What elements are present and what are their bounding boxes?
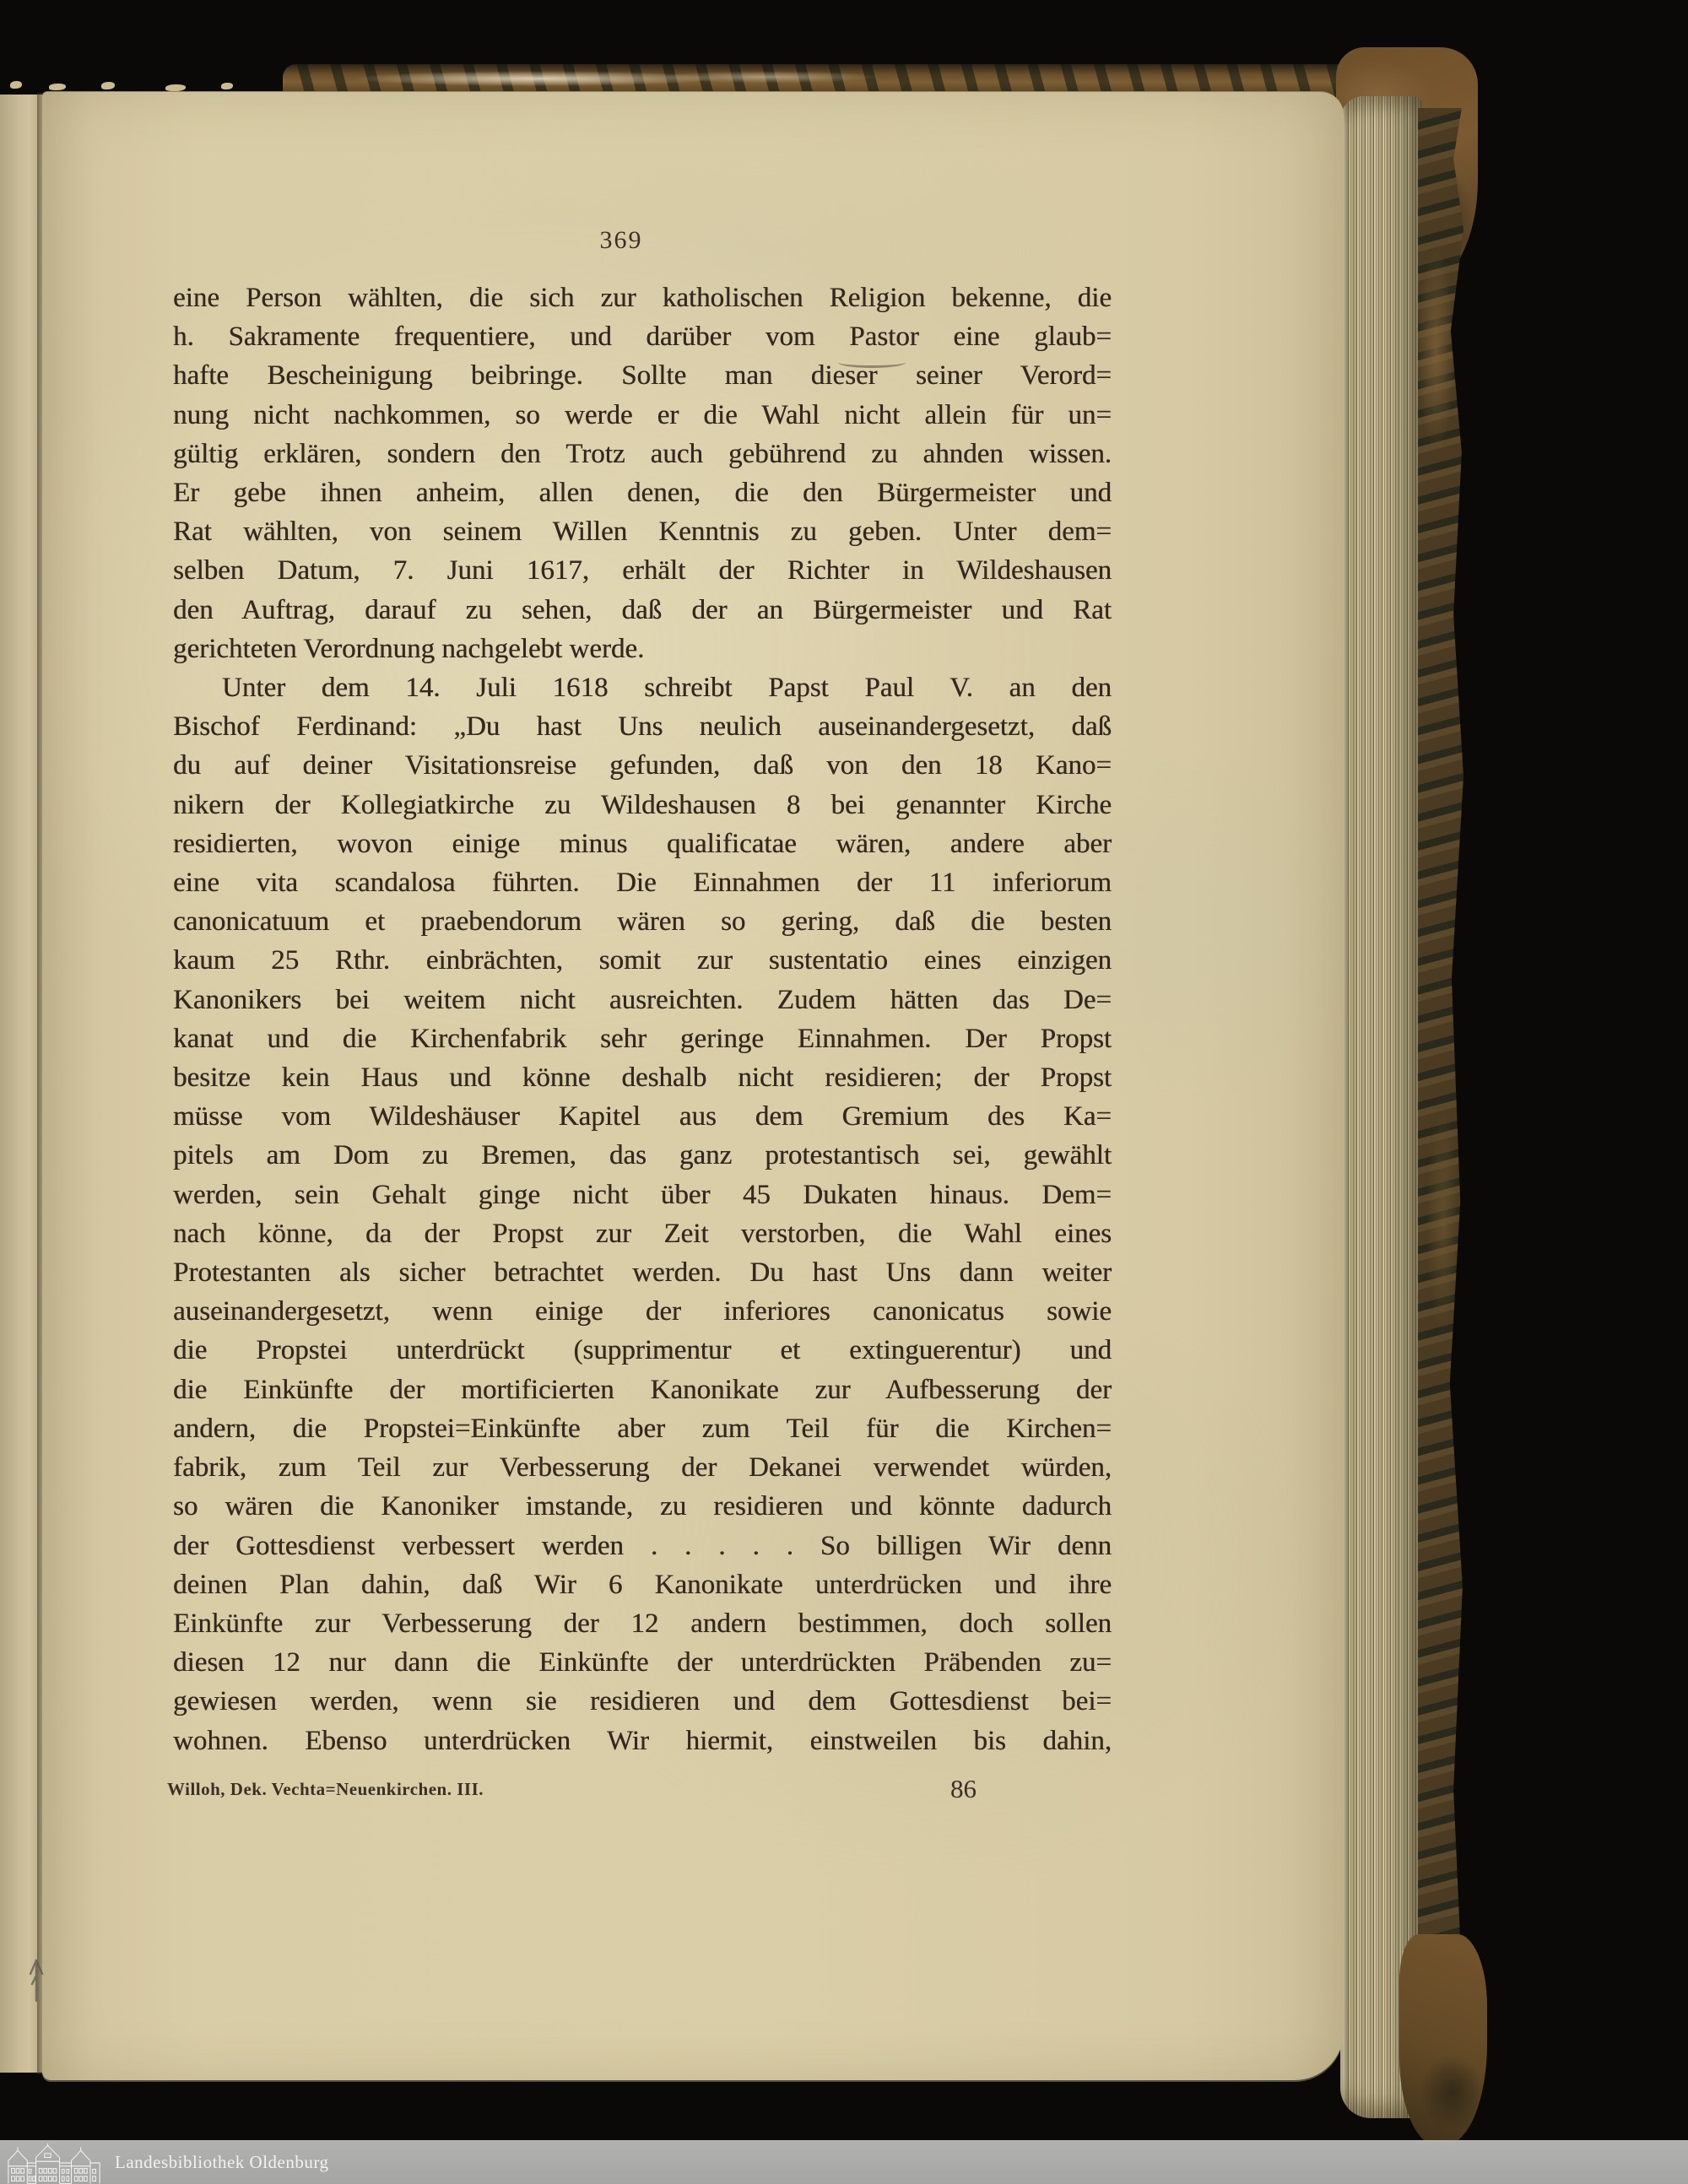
text-line: gewiesen werden, wenn sie residieren und… [173,1682,1112,1721]
pencil-underline-pastor [838,357,906,368]
text-line: diesen 12 nur dann die Einkünfte der unt… [173,1643,1112,1682]
text-line: Einkünfte zur Verbesserung der 12 andern… [173,1604,1112,1643]
text-line: besitze kein Haus und könne deshalb nich… [173,1058,1112,1097]
paper-fragment [101,82,115,89]
text-line: auseinandergesetzt, wenn einige der infe… [173,1292,1112,1331]
text-line: müsse vom Wildeshäuser Kapitel aus dem G… [173,1097,1112,1136]
text-line: nung nicht nachkommen, so werde er die W… [173,396,1112,435]
book-cover-edge-right [1418,108,1463,2133]
text-line: so wären die Kanoniker imstande, zu resi… [173,1487,1112,1526]
paper-fragment [221,83,233,89]
book-cover-corner-bottom [1399,1934,1487,2145]
facing-page-sliver [0,95,42,2073]
text-line: h. Sakramente frequentiere, und darüber … [173,317,1112,356]
text-line: Er gebe ihnen anheim, allen denen, die d… [173,473,1112,512]
text-line: werden, sein Gehalt ginge nicht über 45 … [173,1176,1112,1214]
paper-fragment [10,81,22,89]
text-line: du auf deiner Visitationsreise gefunden,… [173,746,1112,785]
text-line: gültig erklären, sondern den Trotz auch … [173,435,1112,473]
sheet-number: 86 [950,1774,977,1804]
book-scan-viewer: 369 eine Person wählten, die sich zur ka… [0,0,1688,2184]
text-line: eine Person wählten, die sich zur kathol… [173,278,1112,317]
pencil-arrow-icon [24,1954,49,2003]
text-line: Rat wählten, von seinem Willen Kenntnis … [173,512,1112,551]
text-line: deinen Plan dahin, daß Wir 6 Kanonikate … [173,1565,1112,1604]
text-line: die Propstei unterdrückt (supprimentur e… [173,1331,1112,1370]
text-line: nikern der Kollegiatkirche zu Wildeshaus… [173,786,1112,824]
text-line: gerichteten Verordnung nachgelebt werde. [173,630,1112,668]
text-line: fabrik, zum Teil zur Verbesserung der De… [173,1448,1112,1487]
text-line: Bischof Ferdinand: „Du hast Uns neulich … [173,707,1112,746]
text-line: Protestanten als sicher betrachtet werde… [173,1253,1112,1292]
text-line: nach könne, da der Propst zur Zeit verst… [173,1214,1112,1253]
library-building-icon [7,2143,101,2184]
text-line: den Auftrag, darauf zu sehen, daß der an… [173,591,1112,630]
body-text: eine Person wählten, die sich zur kathol… [173,278,1112,1760]
viewer-bar-label: Landesbibliothek Oldenburg [115,2152,329,2173]
text-line: Kanonikers bei weitem nicht ausreichten.… [173,981,1112,1019]
text-line: die Einkünfte der mortificierten Kanonik… [173,1370,1112,1409]
text-line: wohnen. Ebenso unterdrücken Wir hiermit,… [173,1722,1112,1760]
text-line: der Gottesdienst verbessert werden . . .… [173,1527,1112,1565]
text-line: kaum 25 Rthr. einbrächten, somit zur sus… [173,941,1112,980]
text-line: eine vita scandalosa führten. Die Einnah… [173,863,1112,902]
paper-fragment [49,84,66,90]
page-number: 369 [591,226,652,255]
text-line: hafte Bescheinigung beibringe. Sollte ma… [173,356,1112,395]
text-line: selben Datum, 7. Juni 1617, erhält der R… [173,551,1112,590]
text-line: canonicatuum et praebendorum wären so ge… [173,902,1112,941]
footer-signature: Willoh, Dek. Vechta=Neuenkirchen. III. [167,1779,484,1800]
book-fore-edge-pages [1340,96,1422,2118]
text-line: residierten, wovon einige minus qualific… [173,824,1112,863]
text-line: andern, die Propstei=Einkünfte aber zum … [173,1409,1112,1448]
text-line: Unter dem 14. Juli 1618 schreibt Papst P… [173,668,1112,707]
paper-fragment [165,84,186,91]
text-line: kanat und die Kirchenfabrik sehr geringe… [173,1019,1112,1058]
text-line: pitels am Dom zu Bremen, das ganz protes… [173,1136,1112,1175]
